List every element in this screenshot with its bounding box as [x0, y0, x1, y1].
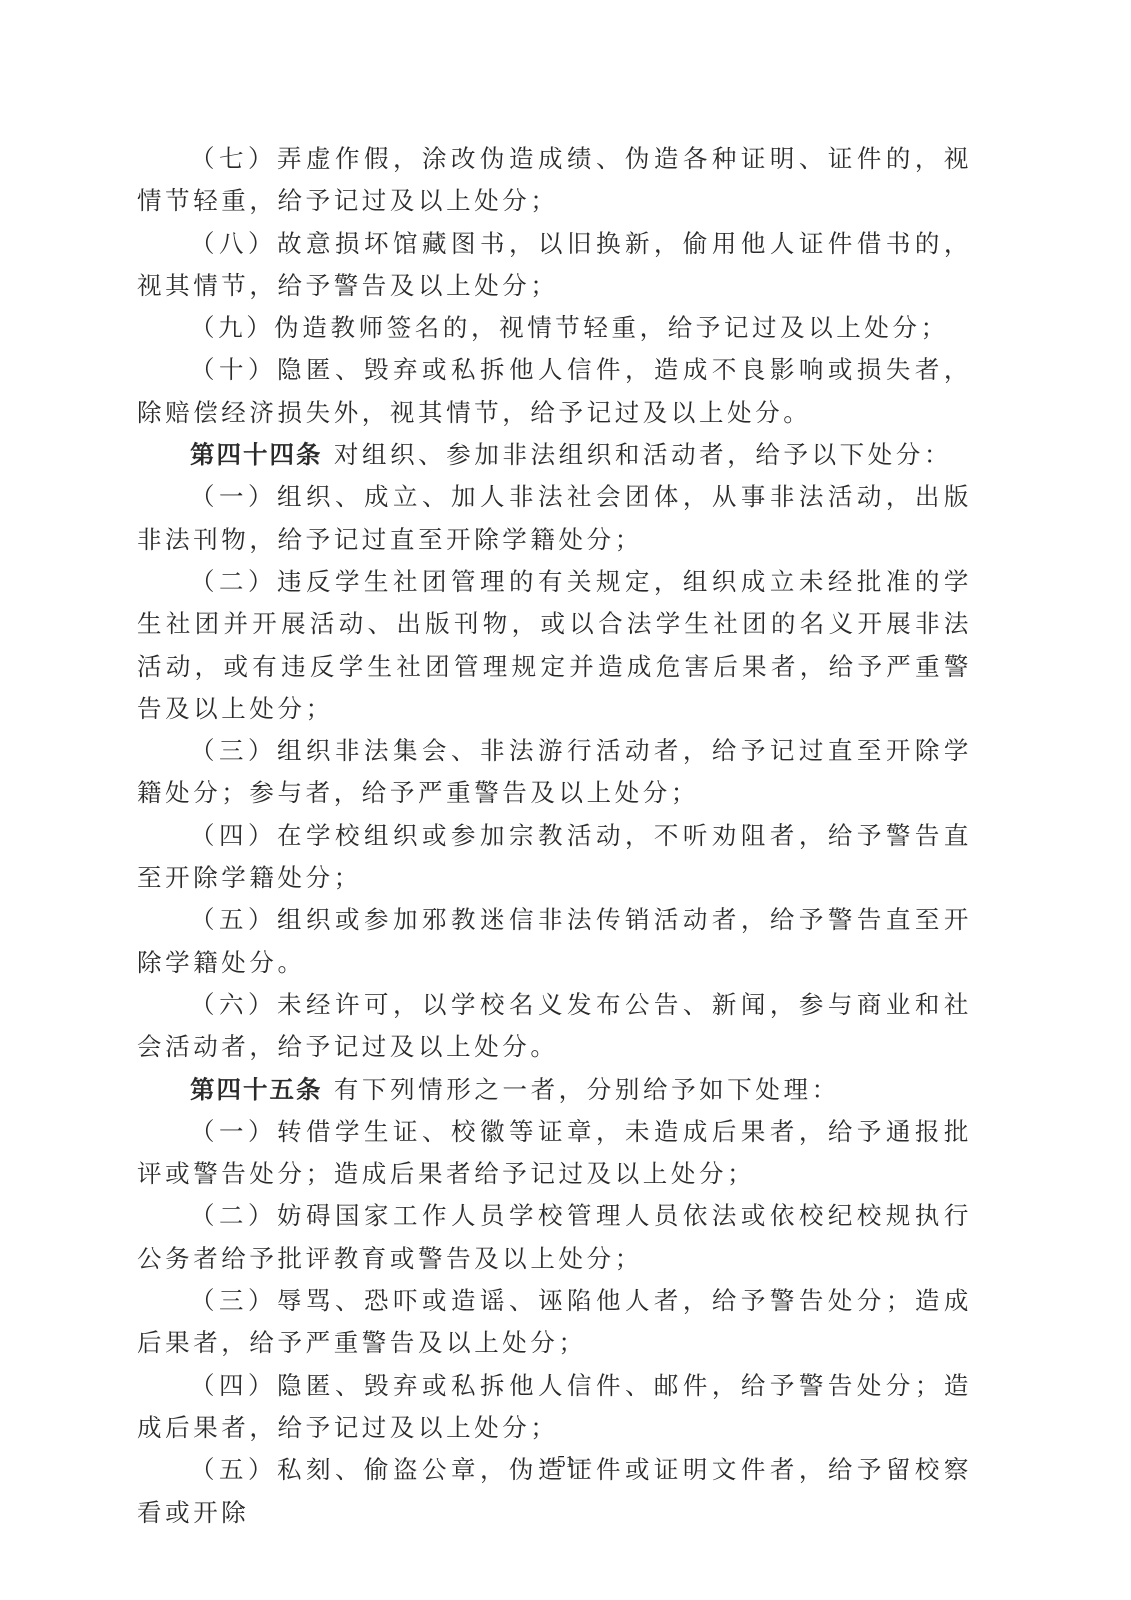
paragraph-44-item-2: （二）违反学生社团管理的有关规定，组织成立未经批准的学生社团并开展活动、出版刊物… [137, 561, 972, 730]
paragraph-45-item-4: （四）隐匿、毁弃或私拆他人信件、邮件，给予警告处分；造成后果者，给予记过及以上处… [137, 1365, 972, 1450]
paragraph-item-7: （七）弄虚作假，涂改伪造成绩、伪造各种证明、证件的，视情节轻重，给予记过及以上处… [137, 138, 972, 223]
paragraph-44-item-4: （四）在学校组织或参加宗教活动，不听劝阻者，给予警告直至开除学籍处分； [137, 815, 972, 900]
paragraph-44-item-3: （三）组织非法集会、非法游行活动者，给予记过直至开除学籍处分；参与者，给予严重警… [137, 730, 972, 815]
article-title: 第四十五条 [190, 1075, 323, 1104]
paragraph-item-9: （九）伪造教师签名的，视情节轻重，给予记过及以上处分； [137, 307, 972, 349]
paragraph-item-8: （八）故意损坏馆藏图书，以旧换新，偷用他人证件借书的，视其情节，给予警告及以上处… [137, 223, 972, 308]
article-45-heading: 第四十五条 有下列情形之一者，分别给予如下处理： [137, 1069, 972, 1111]
page-number: —51— [0, 1452, 1131, 1472]
paragraph-item-10: （十）隐匿、毁弃或私拆他人信件，造成不良影响或损失者，除赔偿经济损失外，视其情节… [137, 349, 972, 434]
article-title: 第四十四条 [190, 440, 323, 469]
paragraph-45-item-3: （三）辱骂、恐吓或造谣、诬陷他人者，给予警告处分；造成后果者，给予严重警告及以上… [137, 1280, 972, 1365]
paragraph-44-item-1: （一）组织、成立、加人非法社会团体，从事非法活动，出版非法刊物，给予记过直至开除… [137, 476, 972, 561]
document-page: （七）弄虚作假，涂改伪造成绩、伪造各种证明、证件的，视情节轻重，给予记过及以上处… [137, 138, 972, 1534]
article-44-heading: 第四十四条 对组织、参加非法组织和活动者，给予以下处分： [137, 434, 972, 476]
paragraph-44-item-6: （六）未经许可，以学校名义发布公告、新闻，参与商业和社会活动者，给予记过及以上处… [137, 984, 972, 1069]
paragraph-45-item-2: （二）妨碍国家工作人员学校管理人员依法或依校纪校规执行公务者给予批评教育或警告及… [137, 1195, 972, 1280]
paragraph-44-item-5: （五）组织或参加邪教迷信非法传销活动者，给予警告直至开除学籍处分。 [137, 899, 972, 984]
paragraph-45-item-1: （一）转借学生证、校徽等证章，未造成后果者，给予通报批评或警告处分；造成后果者给… [137, 1111, 972, 1196]
